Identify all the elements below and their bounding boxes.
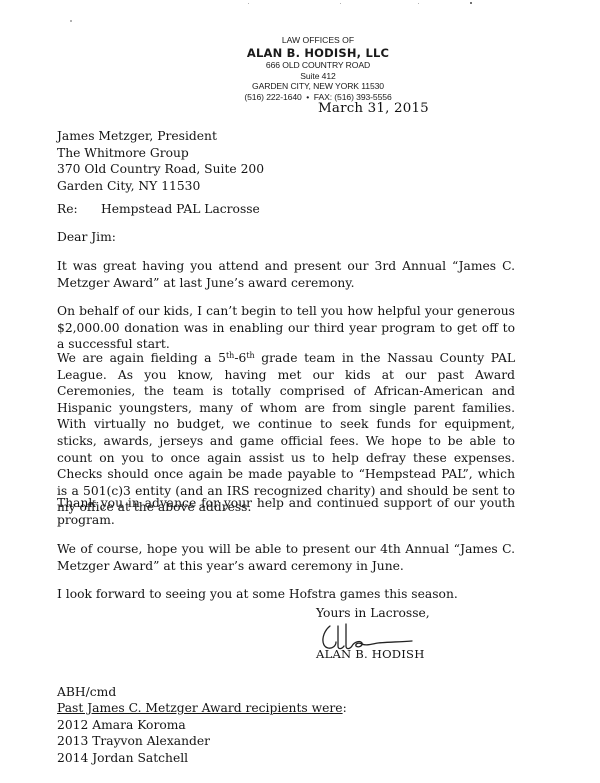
recipient-address: James Metzger, President The Whitmore Gr… [57,128,515,194]
recipient-name: James Metzger, President [57,128,515,145]
recipient-item: 2013 Trayvon Alexander [57,733,515,750]
firm-street: 666 OLD COUNTRY ROAD [218,60,418,71]
recipient-organization: The Whitmore Group [57,145,515,162]
recipient-item: 2012 Amara Koroma [57,717,515,734]
past-recipients-heading: Past James C. Metzger Award recipients w… [57,700,515,717]
subject-text: Hempstead PAL Lacrosse [101,202,260,216]
scan-speck [418,3,419,4]
recipient-item: 2014 Jordan Satchell [57,750,515,767]
paragraph-6: I look forward to seeing you at some Hof… [57,586,515,603]
subject-line: Re:Hempstead PAL Lacrosse [57,201,515,218]
closing: Yours in Lacrosse, [302,605,502,622]
letter-date: March 31, 2015 [318,101,429,117]
firm-name: ALAN B. HODISH, LLC [218,46,418,60]
paragraph-3-start: We are again fielding a 5 [57,351,226,365]
scan-speck [248,3,249,4]
paragraph-2: On behalf of our kids, I can’t begin to … [57,303,515,353]
firm-city: GARDEN CITY, NEW YORK 11530 [218,81,418,92]
ordinal-suffix: th [246,351,254,360]
heading-colon: : [343,701,347,715]
letterhead: LAW OFFICES OF ALAN B. HODISH, LLC 666 O… [218,34,418,102]
subject-label: Re: [57,201,101,218]
signature-block: Yours in Lacrosse, ALAN B. HODISH [302,605,502,662]
past-recipients: Past James C. Metzger Award recipients w… [57,700,515,766]
recipient-city: Garden City, NY 11530 [57,178,515,195]
scan-speck [470,2,472,4]
paragraph-4: Thank you in advance for your help and c… [57,495,515,528]
salutation: Dear Jim: [57,229,515,246]
paragraph-3: We are again fielding a 5th-6th grade te… [57,350,515,516]
scan-speck [340,3,341,4]
recipient-street: 370 Old Country Road, Suite 200 [57,161,515,178]
paragraph-5: We of course, hope you will be able to p… [57,541,515,574]
letterhead-prefix: LAW OFFICES OF [218,34,418,46]
paragraph-1: It was great having you attend and prese… [57,258,515,291]
scan-speck [70,20,72,22]
firm-suite: Suite 412 [218,71,418,82]
signer-name: ALAN B. HODISH [302,646,502,663]
paragraph-3-range: -6 [234,351,246,365]
typist-initials: ABH/cmd [57,684,515,701]
letter-page: LAW OFFICES OF ALAN B. HODISH, LLC 666 O… [0,0,600,783]
paragraph-3-rest: grade team in the Nassau County PAL Leag… [57,351,515,514]
past-recipients-heading-text: Past James C. Metzger Award recipients w… [57,701,343,715]
